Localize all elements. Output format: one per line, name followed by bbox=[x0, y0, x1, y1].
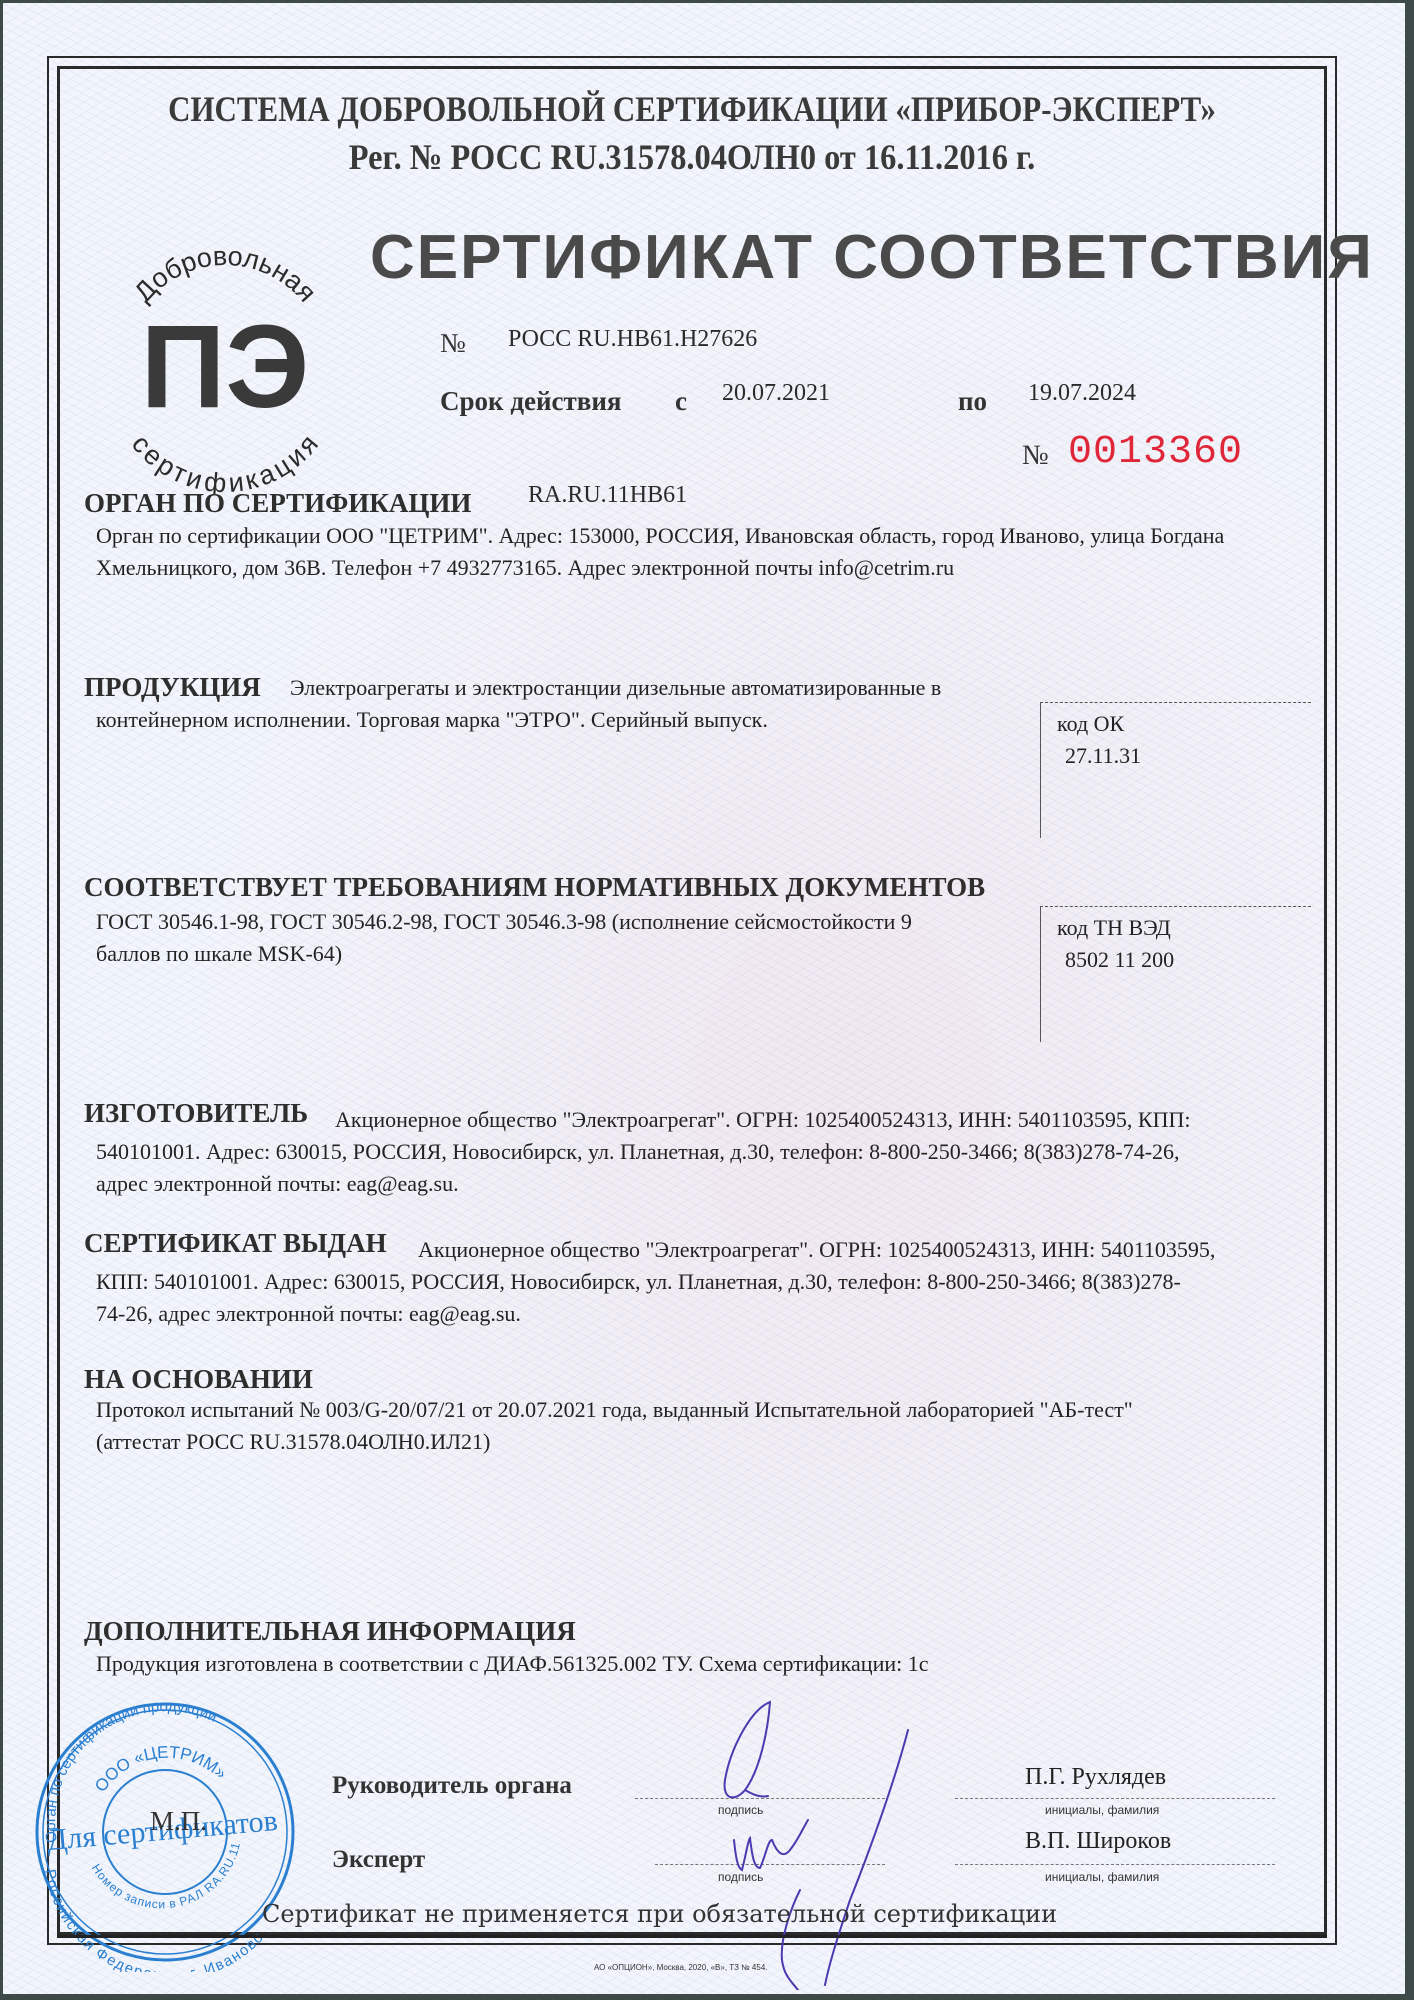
handwritten-signatures-icon bbox=[690, 1690, 950, 1990]
head-of-body-label: Руководитель органа bbox=[332, 1772, 572, 1800]
basis-line-2: (аттестат РОСС RU.31578.04ОЛН0.ИЛ21) bbox=[96, 1426, 490, 1458]
manufacturer-line-3: адрес электронной почты: eag@eag.su. bbox=[96, 1168, 459, 1200]
expert-name-caption: инициалы, фамилия bbox=[1045, 1870, 1159, 1884]
system-registration: Рег. № РОСС RU.31578.04ОЛН0 от 16.11.201… bbox=[121, 136, 1264, 178]
svg-text:сертификация: сертификация bbox=[126, 429, 324, 495]
manufacturer-line-2: 540101001. Адрес: 630015, РОССИЯ, Новоси… bbox=[96, 1136, 1180, 1168]
tnved-code-box: код ТН ВЭД 8502 11 200 bbox=[1040, 906, 1311, 1042]
product-line-2: контейнерном исполнении. Торговая марка … bbox=[96, 704, 768, 736]
svg-text:Российская Федерация, г. Ивано: Российская Федерация, г. Иваново bbox=[41, 1868, 266, 1972]
ok-code-label: код ОК bbox=[1057, 711, 1124, 737]
printer-imprint: АО «ОПЦИОН», Москва, 2020, «В», ТЗ № 454… bbox=[594, 1963, 768, 1972]
expert-name-line bbox=[955, 1864, 1275, 1865]
additional-text: Продукция изготовлена в соответствии с Д… bbox=[96, 1648, 929, 1680]
valid-to-label: по bbox=[958, 386, 987, 417]
head-name-line bbox=[955, 1798, 1275, 1799]
certificate-number: РОСС RU.НВ61.Н27626 bbox=[508, 326, 757, 353]
valid-to-date: 19.07.2024 bbox=[1028, 380, 1136, 407]
logo-letters: ПЭ bbox=[141, 301, 310, 433]
head-name-caption: инициалы, фамилия bbox=[1045, 1803, 1159, 1817]
blank-serial-number: 0013360 bbox=[1068, 430, 1243, 475]
stamp-ring-bottom-text: Российская Федерация, г. Иваново bbox=[41, 1868, 266, 1972]
valid-from-label: с bbox=[675, 386, 687, 417]
head-name: П.Г. Рухлядев bbox=[1025, 1764, 1166, 1791]
basis-line-1: Протокол испытаний № 003/G-20/07/21 от 2… bbox=[96, 1394, 1133, 1426]
compliance-heading: СООТВЕТСТВУЕТ ТРЕБОВАНИЯМ НОРМАТИВНЫХ ДО… bbox=[84, 872, 985, 903]
cert-body-code: RA.RU.11НВ61 bbox=[528, 482, 687, 509]
footer-rule bbox=[57, 1935, 1327, 1938]
tnved-code-value: 8502 11 200 bbox=[1065, 947, 1174, 973]
footer-notice: Сертификат не применяется при обязательн… bbox=[262, 1900, 1057, 1928]
pe-logo: Добровольная сертификация ПЭ bbox=[95, 235, 355, 495]
issued-to-heading: СЕРТИФИКАТ ВЫДАН bbox=[84, 1228, 387, 1259]
system-title: СИСТЕМА ДОБРОВОЛЬНОЙ СЕРТИФИКАЦИИ «ПРИБО… bbox=[146, 88, 1238, 130]
pe-logo-icon: Добровольная сертификация ПЭ bbox=[95, 235, 355, 495]
issued-to-line-1: Акционерное общество "Электроагрегат". О… bbox=[418, 1234, 1215, 1266]
cert-body-heading: ОРГАН ПО СЕРТИФИКАЦИИ bbox=[84, 488, 471, 519]
tnved-code-label: код ТН ВЭД bbox=[1057, 915, 1171, 941]
manufacturer-heading: ИЗГОТОВИТЕЛЬ bbox=[84, 1098, 308, 1129]
expert-label: Эксперт bbox=[332, 1846, 425, 1874]
product-heading: ПРОДУКЦИЯ bbox=[84, 672, 261, 703]
validity-label: Срок действия bbox=[440, 386, 622, 417]
logo-top-text: Добровольная bbox=[128, 241, 322, 308]
cert-body-details: Орган по сертификации ООО "ЦЕТРИМ". Адре… bbox=[96, 520, 1276, 584]
product-line-1: Электроагрегаты и электростанции дизельн… bbox=[290, 672, 941, 704]
issued-to-line-2: КПП: 540101001. Адрес: 630015, РОССИЯ, Н… bbox=[96, 1266, 1181, 1298]
compliance-line-1: ГОСТ 30546.1-98, ГОСТ 30546.2-98, ГОСТ 3… bbox=[96, 906, 912, 938]
valid-from-date: 20.07.2021 bbox=[722, 380, 830, 407]
svg-text:Добровольная: Добровольная bbox=[128, 241, 322, 308]
number-sign: № bbox=[440, 328, 466, 359]
expert-name: В.П. Широков bbox=[1025, 1828, 1171, 1855]
ok-code-value: 27.11.31 bbox=[1065, 743, 1141, 769]
blank-number-sign: № bbox=[1022, 440, 1049, 472]
ok-code-box: код ОК 27.11.31 bbox=[1040, 702, 1311, 838]
basis-heading: НА ОСНОВАНИИ bbox=[84, 1364, 313, 1395]
compliance-line-2: баллов по шкале MSK-64) bbox=[96, 938, 342, 970]
certificate-title: СЕРТИФИКАТ СООТВЕТСТВИЯ bbox=[370, 222, 1374, 293]
manufacturer-line-1: Акционерное общество "Электроагрегат". О… bbox=[335, 1104, 1191, 1136]
logo-bottom-text: сертификация bbox=[126, 429, 324, 495]
issued-to-line-3: 74-26, адрес электронной почты: eag@eag.… bbox=[96, 1298, 521, 1330]
additional-heading: ДОПОЛНИТЕЛЬНАЯ ИНФОРМАЦИЯ bbox=[84, 1616, 576, 1647]
stamp-place-label: М.П. bbox=[150, 1806, 207, 1837]
